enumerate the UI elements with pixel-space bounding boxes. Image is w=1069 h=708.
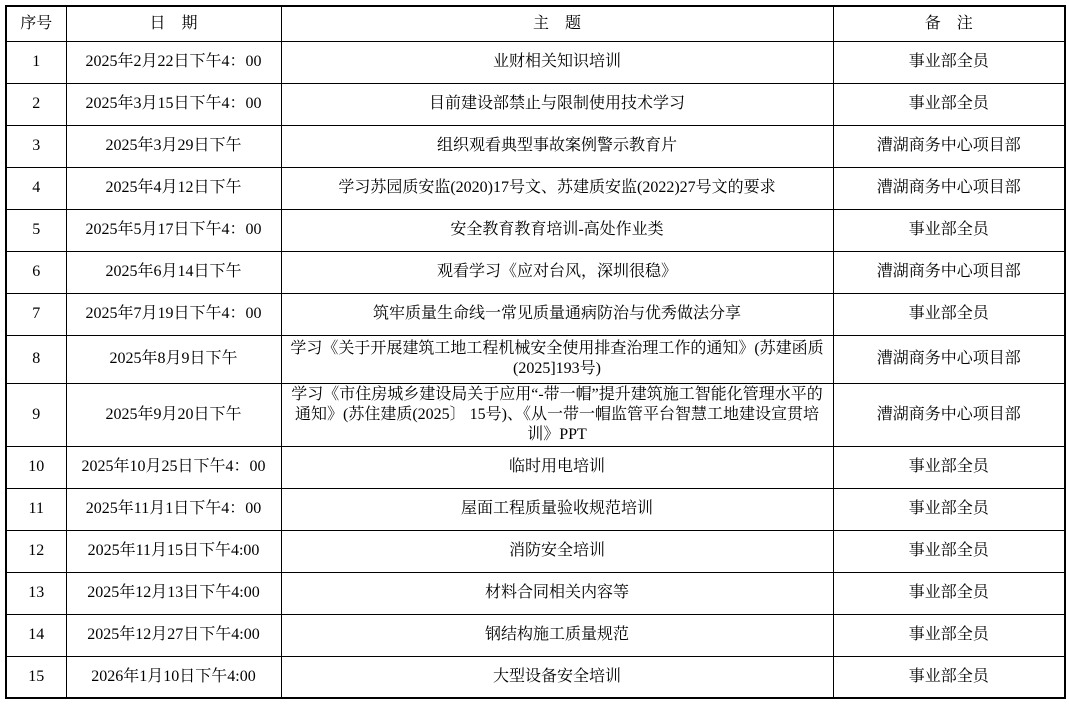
row-serial-number-cell: 1 (6, 41, 66, 83)
row-note-cell: 漕湖商务中心项目部 (833, 383, 1065, 446)
row-date-cell: 2025年7月19日下午4：00 (66, 293, 281, 335)
row-serial-number-cell: 15 (6, 656, 66, 698)
row-serial-number-cell: 10 (6, 446, 66, 488)
row-topic-cell: 学习《关于开展建筑工地工程机械安全使用排查治理工作的通知》(苏建函质(2025]… (281, 335, 833, 383)
row-topic-cell: 观看学习《应对台风，深圳很稳》 (281, 251, 833, 293)
row-serial-number-cell: 2 (6, 83, 66, 125)
row-note-cell: 事业部全员 (833, 530, 1065, 572)
table-row: 13 2025年12月13日下午4:00 材料合同相关内容等 事业部全员 (6, 572, 1065, 614)
table-body: 1 2025年2月22日下午4：00 业财相关知识培训 事业部全员 2 2025… (6, 41, 1065, 698)
table-row: 15 2026年1月10日下午4:00 大型设备安全培训 事业部全员 (6, 656, 1065, 698)
training-schedule-page: 序号 日 期 主 题 备 注 1 2025年2月22日下午4：00 业财相关知识… (0, 5, 1069, 708)
row-date-cell: 2025年10月25日下午4：00 (66, 446, 281, 488)
row-date-cell: 2025年12月13日下午4:00 (66, 572, 281, 614)
table-row: 4 2025年4月12日下午 学习苏园质安监(2020)17号文、苏建质安监(2… (6, 167, 1065, 209)
row-date-cell: 2025年3月29日下午 (66, 125, 281, 167)
row-note-cell: 漕湖商务中心项目部 (833, 125, 1065, 167)
header-note: 备 注 (833, 6, 1065, 41)
row-serial-number-cell: 8 (6, 335, 66, 383)
row-serial-number-cell: 4 (6, 167, 66, 209)
row-topic-cell: 材料合同相关内容等 (281, 572, 833, 614)
header-row: 序号 日 期 主 题 备 注 (6, 6, 1065, 41)
row-date-cell: 2025年3月15日下午4：00 (66, 83, 281, 125)
row-serial-number-cell: 3 (6, 125, 66, 167)
row-serial-number-cell: 7 (6, 293, 66, 335)
row-topic-cell: 业财相关知识培训 (281, 41, 833, 83)
row-date-cell: 2025年9月20日下午 (66, 383, 281, 446)
header-serial-number: 序号 (6, 6, 66, 41)
row-serial-number-cell: 5 (6, 209, 66, 251)
row-note-cell: 漕湖商务中心项目部 (833, 335, 1065, 383)
row-date-cell: 2025年6月14日下午 (66, 251, 281, 293)
row-note-cell: 事业部全员 (833, 293, 1065, 335)
row-topic-cell: 目前建设部禁止与限制使用技术学习 (281, 83, 833, 125)
row-date-cell: 2025年11月15日下午4:00 (66, 530, 281, 572)
table-row: 14 2025年12月27日下午4:00 钢结构施工质量规范 事业部全员 (6, 614, 1065, 656)
table-row: 3 2025年3月29日下午 组织观看典型事故案例警示教育片 漕湖商务中心项目部 (6, 125, 1065, 167)
row-date-cell: 2025年5月17日下午4：00 (66, 209, 281, 251)
row-topic-cell: 筑牢质量生命线一常见质量通病防治与优秀做法分享 (281, 293, 833, 335)
table-row: 1 2025年2月22日下午4：00 业财相关知识培训 事业部全员 (6, 41, 1065, 83)
row-topic-cell: 屋面工程质量验收规范培训 (281, 488, 833, 530)
table-row: 10 2025年10月25日下午4：00 临时用电培训 事业部全员 (6, 446, 1065, 488)
row-date-cell: 2025年2月22日下午4：00 (66, 41, 281, 83)
row-topic-cell: 学习苏园质安监(2020)17号文、苏建质安监(2022)27号文的要求 (281, 167, 833, 209)
row-serial-number-cell: 13 (6, 572, 66, 614)
row-note-cell: 事业部全员 (833, 446, 1065, 488)
row-serial-number-cell: 14 (6, 614, 66, 656)
row-note-cell: 事业部全员 (833, 41, 1065, 83)
table-row: 5 2025年5月17日下午4：00 安全教育教育培训-高处作业类 事业部全员 (6, 209, 1065, 251)
row-date-cell: 2026年1月10日下午4:00 (66, 656, 281, 698)
table-row: 12 2025年11月15日下午4:00 消防安全培训 事业部全员 (6, 530, 1065, 572)
table-row: 7 2025年7月19日下午4：00 筑牢质量生命线一常见质量通病防治与优秀做法… (6, 293, 1065, 335)
row-note-cell: 事业部全员 (833, 83, 1065, 125)
row-topic-cell: 钢结构施工质量规范 (281, 614, 833, 656)
row-date-cell: 2025年11月1日下午4：00 (66, 488, 281, 530)
row-topic-cell: 安全教育教育培训-高处作业类 (281, 209, 833, 251)
row-note-cell: 漕湖商务中心项目部 (833, 167, 1065, 209)
row-topic-cell: 学习《市住房城乡建设局关于应用“-带一帽”提升建筑施工智能化管理水平的通知》(苏… (281, 383, 833, 446)
row-serial-number-cell: 11 (6, 488, 66, 530)
row-date-cell: 2025年4月12日下午 (66, 167, 281, 209)
row-topic-cell: 大型设备安全培训 (281, 656, 833, 698)
row-note-cell: 事业部全员 (833, 656, 1065, 698)
row-serial-number-cell: 9 (6, 383, 66, 446)
row-note-cell: 事业部全员 (833, 488, 1065, 530)
row-date-cell: 2025年8月9日下午 (66, 335, 281, 383)
header-date: 日 期 (66, 6, 281, 41)
row-note-cell: 事业部全员 (833, 209, 1065, 251)
row-topic-cell: 消防安全培训 (281, 530, 833, 572)
row-date-cell: 2025年12月27日下午4:00 (66, 614, 281, 656)
header-topic: 主 题 (281, 6, 833, 41)
row-topic-cell: 临时用电培训 (281, 446, 833, 488)
row-topic-cell: 组织观看典型事故案例警示教育片 (281, 125, 833, 167)
training-schedule-table: 序号 日 期 主 题 备 注 1 2025年2月22日下午4：00 业财相关知识… (5, 5, 1066, 699)
table-row: 2 2025年3月15日下午4：00 目前建设部禁止与限制使用技术学习 事业部全… (6, 83, 1065, 125)
table-row: 8 2025年8月9日下午 学习《关于开展建筑工地工程机械安全使用排查治理工作的… (6, 335, 1065, 383)
row-serial-number-cell: 12 (6, 530, 66, 572)
table-row: 11 2025年11月1日下午4：00 屋面工程质量验收规范培训 事业部全员 (6, 488, 1065, 530)
row-note-cell: 事业部全员 (833, 572, 1065, 614)
table-row: 9 2025年9月20日下午 学习《市住房城乡建设局关于应用“-带一帽”提升建筑… (6, 383, 1065, 446)
row-note-cell: 漕湖商务中心项目部 (833, 251, 1065, 293)
row-note-cell: 事业部全员 (833, 614, 1065, 656)
table-row: 6 2025年6月14日下午 观看学习《应对台风，深圳很稳》 漕湖商务中心项目部 (6, 251, 1065, 293)
row-serial-number-cell: 6 (6, 251, 66, 293)
